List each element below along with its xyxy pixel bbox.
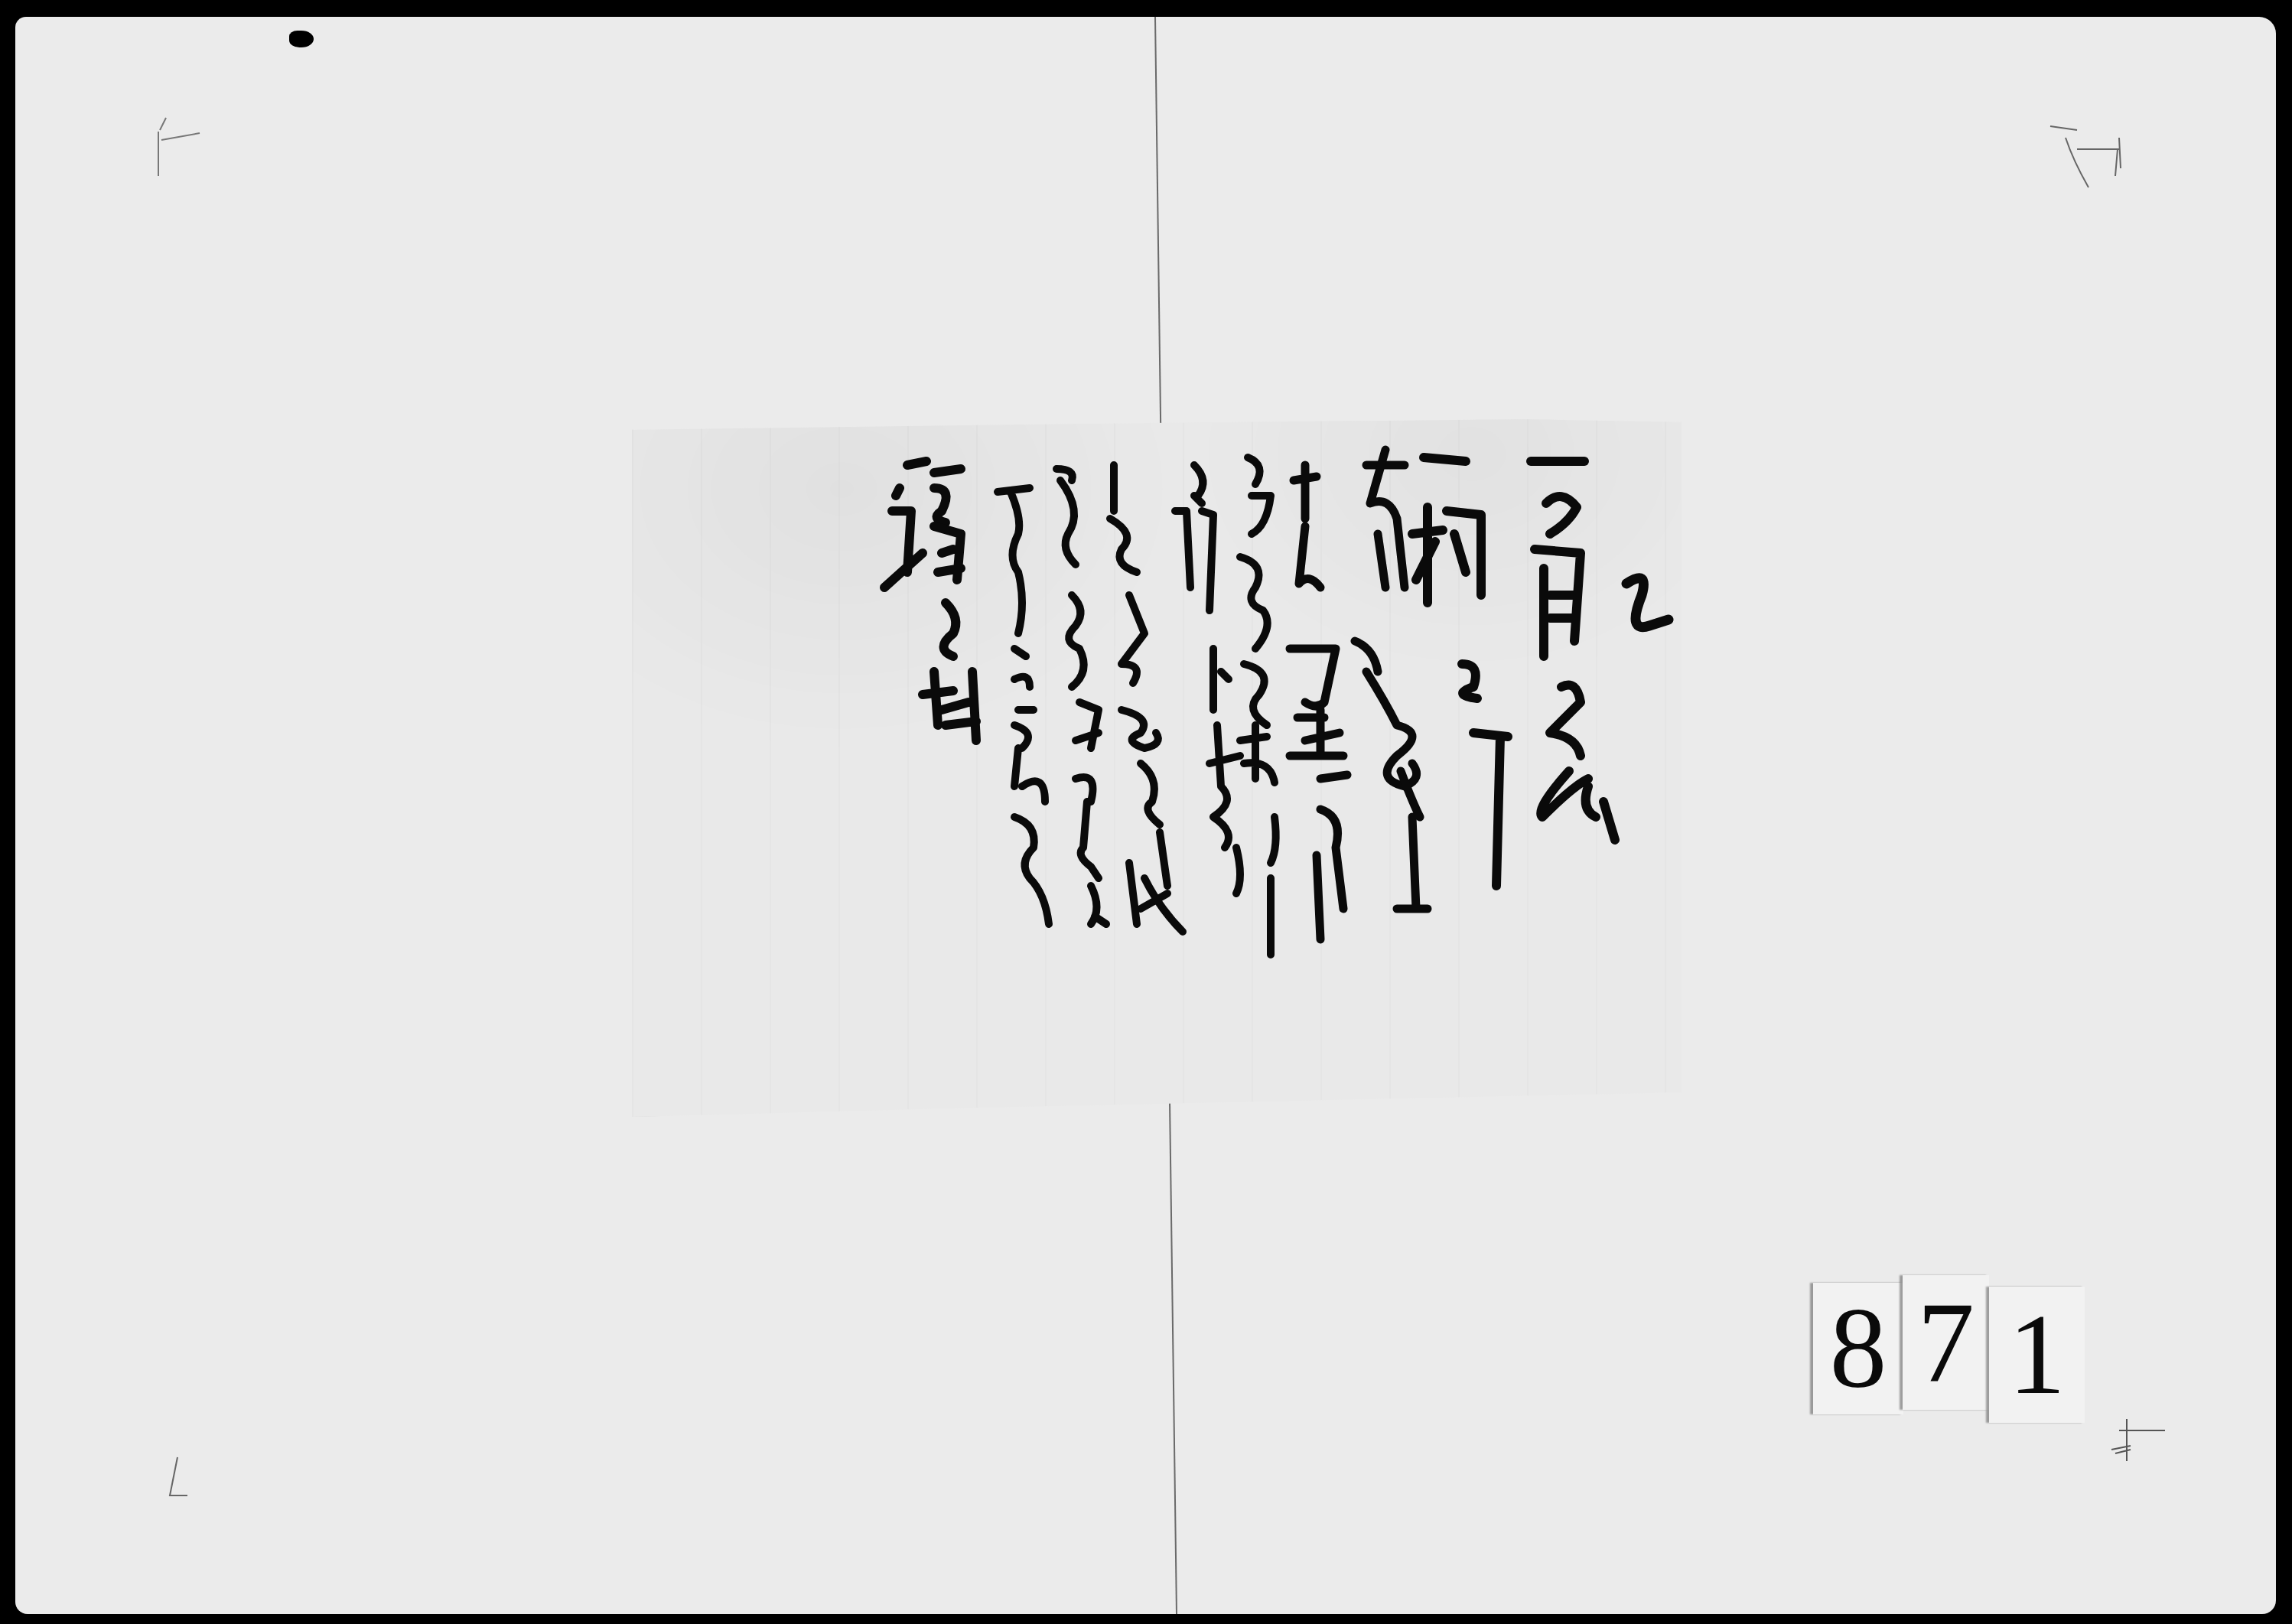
frame-number-digit-2: 7 xyxy=(1903,1275,1989,1410)
corner-mark-top-left xyxy=(149,107,203,184)
ink-blot xyxy=(289,31,314,47)
calligraphy-column-8 xyxy=(1110,465,1183,932)
calligraphy-column-7 xyxy=(1175,465,1240,893)
calligraphy-column-1 xyxy=(1626,578,1669,627)
corner-mark-top-right xyxy=(2043,115,2134,191)
calligraphy-text xyxy=(632,419,1682,1117)
calligraphy-column-2 xyxy=(1531,461,1615,840)
calligraphy-column-5 xyxy=(1290,465,1347,939)
frame-number-digit-3: 1 xyxy=(1989,1287,2085,1423)
corner-mark-bottom-left xyxy=(161,1453,199,1499)
calligraphy-column-11 xyxy=(884,461,976,740)
calligraphy-column-10 xyxy=(998,488,1049,924)
corner-mark-bottom-right xyxy=(2096,1415,2173,1469)
frame-number-tags: 8 7 1 xyxy=(1813,1273,2104,1426)
digit-text: 7 xyxy=(1917,1285,1975,1400)
calligraphy-column-9 xyxy=(1056,469,1106,924)
digit-text: 1 xyxy=(2008,1297,2066,1412)
calligraphy-column-6 xyxy=(1240,457,1276,955)
letter-paper xyxy=(632,419,1682,1117)
calligraphy-column-3 xyxy=(1412,457,1508,886)
frame-number-digit-1: 8 xyxy=(1813,1283,1903,1414)
digit-text: 8 xyxy=(1830,1291,1887,1406)
calligraphy-column-4 xyxy=(1355,450,1428,909)
